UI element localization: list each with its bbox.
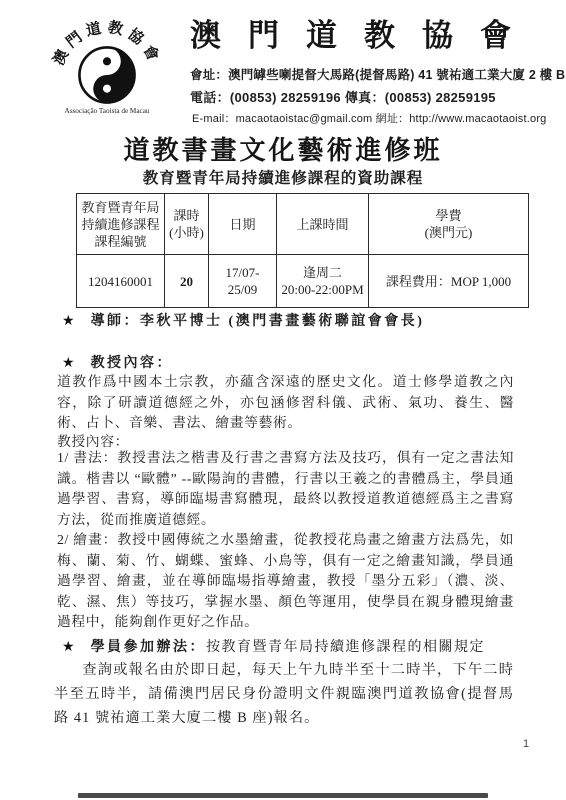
cell-class-time: 逢周二 20:00-22:00PM xyxy=(277,255,369,308)
document-page: 澳門道教協會 Associação Taoista de Macau 澳門道教協… xyxy=(0,0,566,800)
course-subtitle: 教育暨青年局持續進修課程的資助課程 xyxy=(0,166,566,188)
letterhead-text: 澳門道教協會 會址：澳門罅些喇提督大馬路(提督馬路) 41 號祐適工業大廈 2 … xyxy=(190,16,562,126)
content-section-heading: ★ 教授內容： xyxy=(62,354,173,374)
logo-caption: Associação Taoista de Macau xyxy=(65,107,150,115)
course-table: 教育暨青年局 持續進修課程 課程編號 課時 (小時) 日期 上課時間 學費 (澳… xyxy=(76,193,529,308)
col-header-hours: 課時 (小時) xyxy=(165,194,209,255)
cell-course-code: 1204160001 xyxy=(77,255,165,308)
mentor-line: 導師：李秋平博士 (澳門書畫藝術聯誼會會長) xyxy=(91,312,425,332)
mentor-section: ★ 導師：李秋平博士 (澳門書畫藝術聯誼會會長) xyxy=(62,312,424,332)
col-header-class-time: 上課時間 xyxy=(277,194,369,255)
org-name: 澳門道教協會 xyxy=(190,16,562,56)
star-icon: ★ xyxy=(62,638,75,658)
enroll-paragraph: 查詢或報名由於即日起，每天上午九時半至十二時半，下午二時半至五時半，請備澳門居民… xyxy=(54,658,514,730)
star-icon: ★ xyxy=(62,354,75,374)
col-header-date: 日期 xyxy=(209,194,277,255)
email-website-line: E-mail：macaotaoistac@gmail.com 網址：http:/… xyxy=(192,110,562,126)
cell-date: 17/07- 25/09 xyxy=(209,255,277,308)
page-number: 1 xyxy=(523,738,529,750)
enroll-heading-strong: 學員參加辦法： xyxy=(91,640,207,655)
col-header-fee: 學費 (澳門元) xyxy=(369,194,529,255)
scan-artifact-bar xyxy=(78,793,488,798)
cell-hours: 20 xyxy=(165,255,209,308)
association-logo: 澳門道教協會 Associação Taoista de Macau xyxy=(50,12,164,118)
star-icon: ★ xyxy=(62,312,75,332)
content-intro-paragraph: 道教作爲中國本土宗教，亦蘊含深遠的歷史文化。道士修學道教之內容，除了研讀道德經之… xyxy=(57,372,514,434)
table-header-row: 教育暨青年局 持續進修課程 課程編號 課時 (小時) 日期 上課時間 學費 (澳… xyxy=(77,194,529,255)
course-title: 道教書畫文化藝術進修班 xyxy=(0,130,566,167)
col-header-course-code: 教育暨青年局 持續進修課程 課程編號 xyxy=(77,194,165,255)
content-item-painting: 2/ 繪畫：教授中國傳統之水墨繪畫，從教授花鳥畫之繪畫方法爲先，如梅、蘭、菊、竹… xyxy=(57,530,514,633)
content-item-calligraphy: 1/ 書法：教授書法之楷書及行書之書寫方法及技巧，俱有一定之書法知識。楷書以 “… xyxy=(57,448,514,530)
address-line: 會址：澳門罅些喇提督大馬路(提督馬路) 41 號祐適工業大廈 2 樓 B xyxy=(190,65,562,83)
yin-yang-icon xyxy=(79,47,134,102)
cell-fee: 課程費用：MOP 1,000 xyxy=(369,255,529,308)
content-heading-label: 教授內容： xyxy=(91,354,174,374)
enroll-section-heading: ★ 學員參加辦法：按教育暨青年局持續進修課程的相關規定 xyxy=(62,638,485,658)
phone-fax-line: 電話：(00853) 28259196 傳真：(00853) 28259195 xyxy=(190,87,562,106)
logo-graphic: 澳門道教協會 Associação Taoista de Macau xyxy=(50,12,164,118)
table-row: 1204160001 20 17/07- 25/09 逢周二 20:00-22:… xyxy=(77,255,529,308)
enroll-heading-rest: 按教育暨青年局持續進修課程的相關規定 xyxy=(206,640,485,655)
